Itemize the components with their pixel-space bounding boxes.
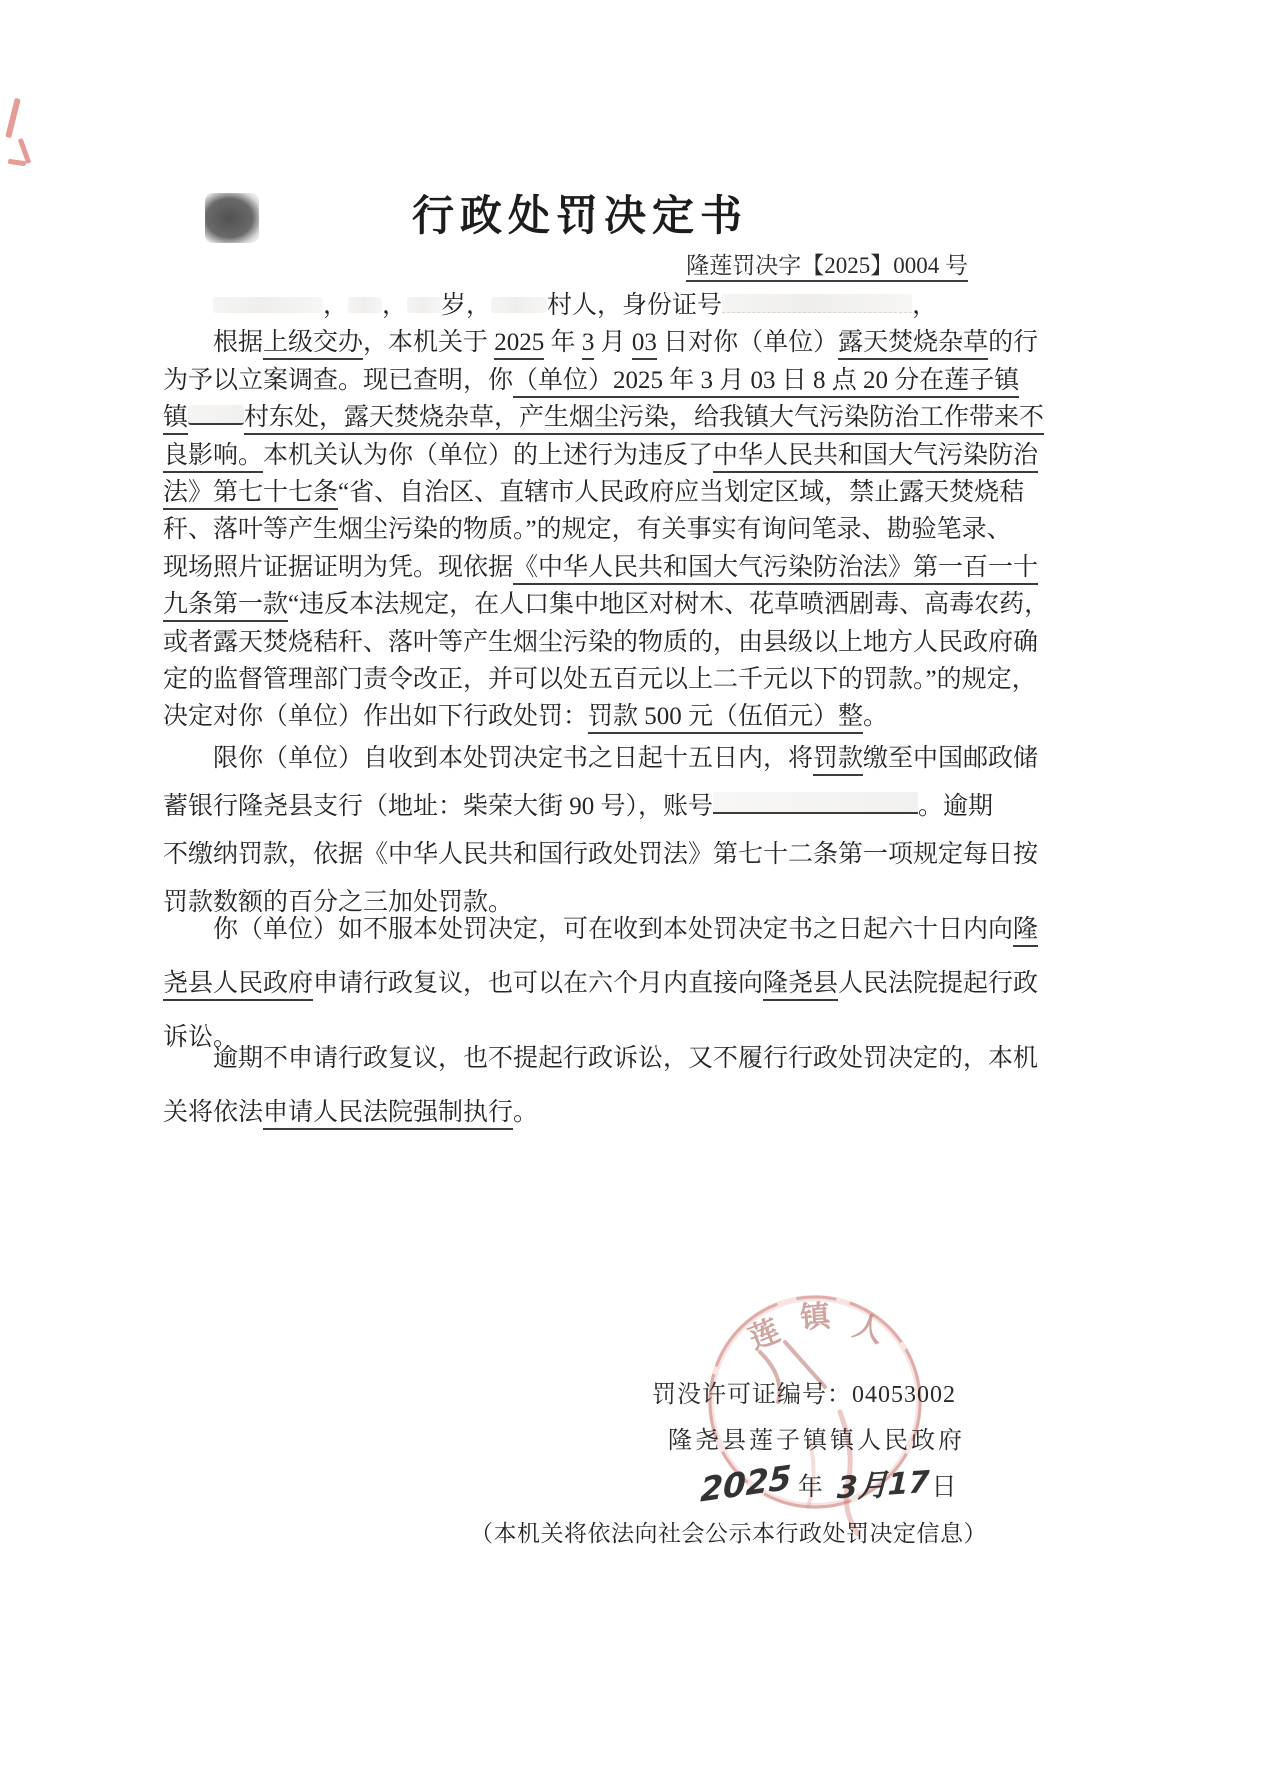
penalty-amount: 罚款 500 元（伍佰元）整 [588, 703, 863, 734]
filled-in-text: 申请人民法院强制执行 [263, 1099, 513, 1130]
filled-in-text: 镇 [163, 404, 188, 435]
body-text: 你（单位）如不服本处罚决定，可在收到本处罚决定书之日起六十日内向 [213, 916, 1013, 943]
filled-in-text: 3 [582, 329, 595, 360]
year-label: 年 [798, 1474, 823, 1501]
redacted-account-number [713, 792, 918, 814]
body-line: 根据上级交办，本机关于 2025 年 3 月 03 日对你（单位）露天焚烧杂草的… [163, 324, 1003, 361]
decision-date: 2025年3月17日 [700, 1460, 957, 1504]
line-bank-account: 蓄银行隆尧县支行（地址：柴荣大街 90 号），账号。逾期 [163, 783, 1003, 831]
body-line: 秆、落叶等产生烟尘污染的物质。”的规定，有关事实有询问笔录、勘验笔录、 [163, 511, 1003, 548]
body-text: 村人，身份证号 [547, 292, 722, 319]
body-text: 本机关认为你（单位）的上述行为违反了 [263, 442, 713, 469]
paragraph-facts: ，，岁，村人，身份证号， 根据上级交办，本机关于 2025 年 3 月 03 日… [163, 287, 1003, 736]
filled-in-text: 村东处，露天焚烧杂草，产生烟尘污染，给我镇大气污染防治工作带来不 [244, 404, 1044, 435]
redacted-age [407, 297, 441, 313]
issuing-authority: 隆尧县莲子镇镇人民政府 [668, 1420, 965, 1455]
body-text: 根据 [213, 329, 263, 356]
body-text: 或者露天焚烧秸秆、落叶等产生烟尘污染的物质的，由县级以上地方人民政府确 [163, 629, 1038, 656]
paragraph-payment: 限你（单位）自收到本处罚决定书之日起十五日内，将罚款缴至中国邮政储 蓄银行隆尧县… [163, 735, 1003, 927]
filled-in-text: 良影响。 [163, 442, 263, 473]
seal-character: 人 [849, 1301, 890, 1352]
seal-character: 莲 [741, 1306, 785, 1358]
filled-in-text: 《中华人民共和国大气污染防治法》第一百一十 [513, 554, 1038, 585]
body-text: 的行 [988, 329, 1038, 356]
body-text: 秆、落叶等产生烟尘污染的物质。”的规定，有关事实有询问笔录、勘验笔录、 [163, 516, 1012, 543]
filled-in-text: 九条第一款 [163, 591, 288, 622]
redacted-id-number [722, 294, 912, 313]
body-text: 关将依法 [163, 1099, 263, 1126]
day-label: 日 [932, 1474, 957, 1501]
body-text: ，本机关于 [363, 329, 494, 356]
body-text: 限你（单位）自收到本处罚决定书之日起十五日内，将 [213, 745, 813, 772]
body-text: 定的监督管理部门责令改正，并可以处五百元以上二千元以下的罚款。”的规定， [163, 666, 1037, 693]
body-text: “违反本法规定，在人口集中地区对树木、花草喷洒剧毒、高毒农药， [288, 591, 1049, 618]
document-number-text: 隆莲罚决字【2025】0004 号 [686, 253, 968, 282]
filled-in-text: 隆尧县 [763, 970, 838, 1001]
body-text: 缴至中国邮政储 [863, 745, 1038, 772]
body-line: 逾期不申请行政复议，也不提起行政诉讼，又不履行行政处罚决定的，本机 [163, 1032, 1003, 1086]
body-text: 现场照片证据证明为凭。现依据 [163, 554, 513, 581]
redacted-name [213, 297, 323, 313]
line-penalty-decision: 决定对你（单位）作出如下行政处罚：罚款 500 元（伍佰元）整。 [163, 698, 1003, 735]
body-text: ， [382, 292, 407, 319]
redacted-village-name [188, 405, 244, 425]
body-line: 尧县人民政府申请行政复议，也可以在六个月内直接向隆尧县人民法院提起行政 [163, 957, 1003, 1011]
body-line: 九条第一款“违反本法规定，在人口集中地区对树木、花草喷洒剧毒、高毒农药， [163, 586, 1003, 623]
body-line: 或者露天焚烧秸秆、落叶等产生烟尘污染的物质的，由县级以上地方人民政府确 [163, 624, 1003, 661]
filled-in-text: 2025 [494, 329, 544, 360]
public-disclosure-notice: （本机关将依法向社会公示本行政处罚决定信息） [470, 1515, 987, 1548]
paragraph-enforcement: 逾期不申请行政复议，也不提起行政诉讼，又不履行行政处罚决定的，本机 关将依法申请… [163, 1032, 1003, 1140]
body-text: 。逾期 [918, 793, 993, 820]
body-text: 为予以立案调查。现已查明，你 [163, 367, 513, 394]
body-text: 日对你（单位） [657, 329, 838, 356]
filled-in-text: （单位）2025 年 3 月 03 日 8 点 20 分在莲子镇 [513, 367, 1019, 398]
body-line: 限你（单位）自收到本处罚决定书之日起十五日内，将罚款缴至中国邮政储 [163, 735, 1003, 783]
body-line: 定的监督管理部门责令改正，并可以处五百元以上二千元以下的罚款。”的规定， [163, 661, 1003, 698]
handwritten-month-day: 3月17 [836, 1457, 930, 1508]
body-text: ， [323, 292, 348, 319]
document-number: 隆莲罚决字【2025】0004 号 [0, 247, 968, 280]
filled-in-text: 尧县人民政府 [163, 970, 313, 1001]
body-text: 人民法院提起行政 [838, 970, 1038, 997]
body-text: 。 [513, 1099, 538, 1126]
body-text: 决定对你（单位）作出如下行政处罚： [163, 703, 588, 730]
red-scan-artifact [8, 159, 27, 166]
body-line: 你（单位）如不服本处罚决定，可在收到本处罚决定书之日起六十日内向隆 [163, 903, 1003, 957]
filled-in-text: 露天焚烧杂草 [838, 329, 988, 360]
seal-character: 镇 [799, 1291, 832, 1337]
body-text: 岁， [441, 292, 491, 319]
redacted-gender [348, 297, 382, 313]
permit-number-line: 罚没许可证编号：04053002 [652, 1374, 956, 1409]
body-line: 镇村东处，露天焚烧杂草，产生烟尘污染，给我镇大气污染防治工作带来不 [163, 399, 1003, 436]
filled-in-text: 隆 [1013, 916, 1038, 947]
filled-in-text: 上级交办 [263, 329, 363, 360]
redacted-village [491, 297, 547, 313]
body-line: 法》第七十七条“省、自治区、直辖市人民政府应当划定区域，禁止露天焚烧秸 [163, 474, 1003, 511]
filled-in-text: 罚款 [813, 745, 863, 776]
body-text: 年 [544, 329, 582, 356]
body-text: 不缴纳罚款，依据《中华人民共和国行政处罚法》第七十二条第一项规定每日按 [163, 841, 1038, 868]
body-line: 为予以立案调查。现已查明，你（单位）2025 年 3 月 03 日 8 点 20… [163, 362, 1003, 399]
body-text: 逾期不申请行政复议，也不提起行政诉讼，又不履行行政处罚决定的，本机 [213, 1045, 1038, 1072]
body-text: “省、自治区、直辖市人民政府应当划定区域，禁止露天焚烧秸 [338, 479, 1024, 506]
filled-in-text: 法》第七十七条 [163, 479, 338, 510]
document-title: 行政处罚决定书 [0, 183, 1160, 243]
body-text: 蓄银行隆尧县支行（地址：柴荣大街 90 号），账号 [163, 793, 713, 820]
body-text: ， [912, 292, 937, 319]
filled-in-text: 中华人民共和国大气污染防治 [713, 442, 1038, 473]
body-text: 月 [594, 329, 632, 356]
red-scan-artifact [5, 98, 20, 138]
line-personal-info: ，，岁，村人，身份证号， [163, 287, 1003, 324]
filled-in-text: 03 [632, 329, 657, 360]
body-line: 关将依法申请人民法院强制执行。 [163, 1086, 1003, 1140]
body-line: 现场照片证据证明为凭。现依据《中华人民共和国大气污染防治法》第一百一十 [163, 549, 1003, 586]
body-text: 。 [863, 703, 888, 730]
body-line: 不缴纳罚款，依据《中华人民共和国行政处罚法》第七十二条第一项规定每日按 [163, 831, 1003, 879]
body-text: 申请行政复议，也可以在六个月内直接向 [313, 970, 763, 997]
body-line: 良影响。本机关认为你（单位）的上述行为违反了中华人民共和国大气污染防治 [163, 437, 1003, 474]
handwritten-year: 2025 [700, 1457, 792, 1509]
document-page: 行政处罚决定书 隆莲罚决字【2025】0004 号 ，，岁，村人，身份证号， 根… [0, 0, 1279, 1779]
